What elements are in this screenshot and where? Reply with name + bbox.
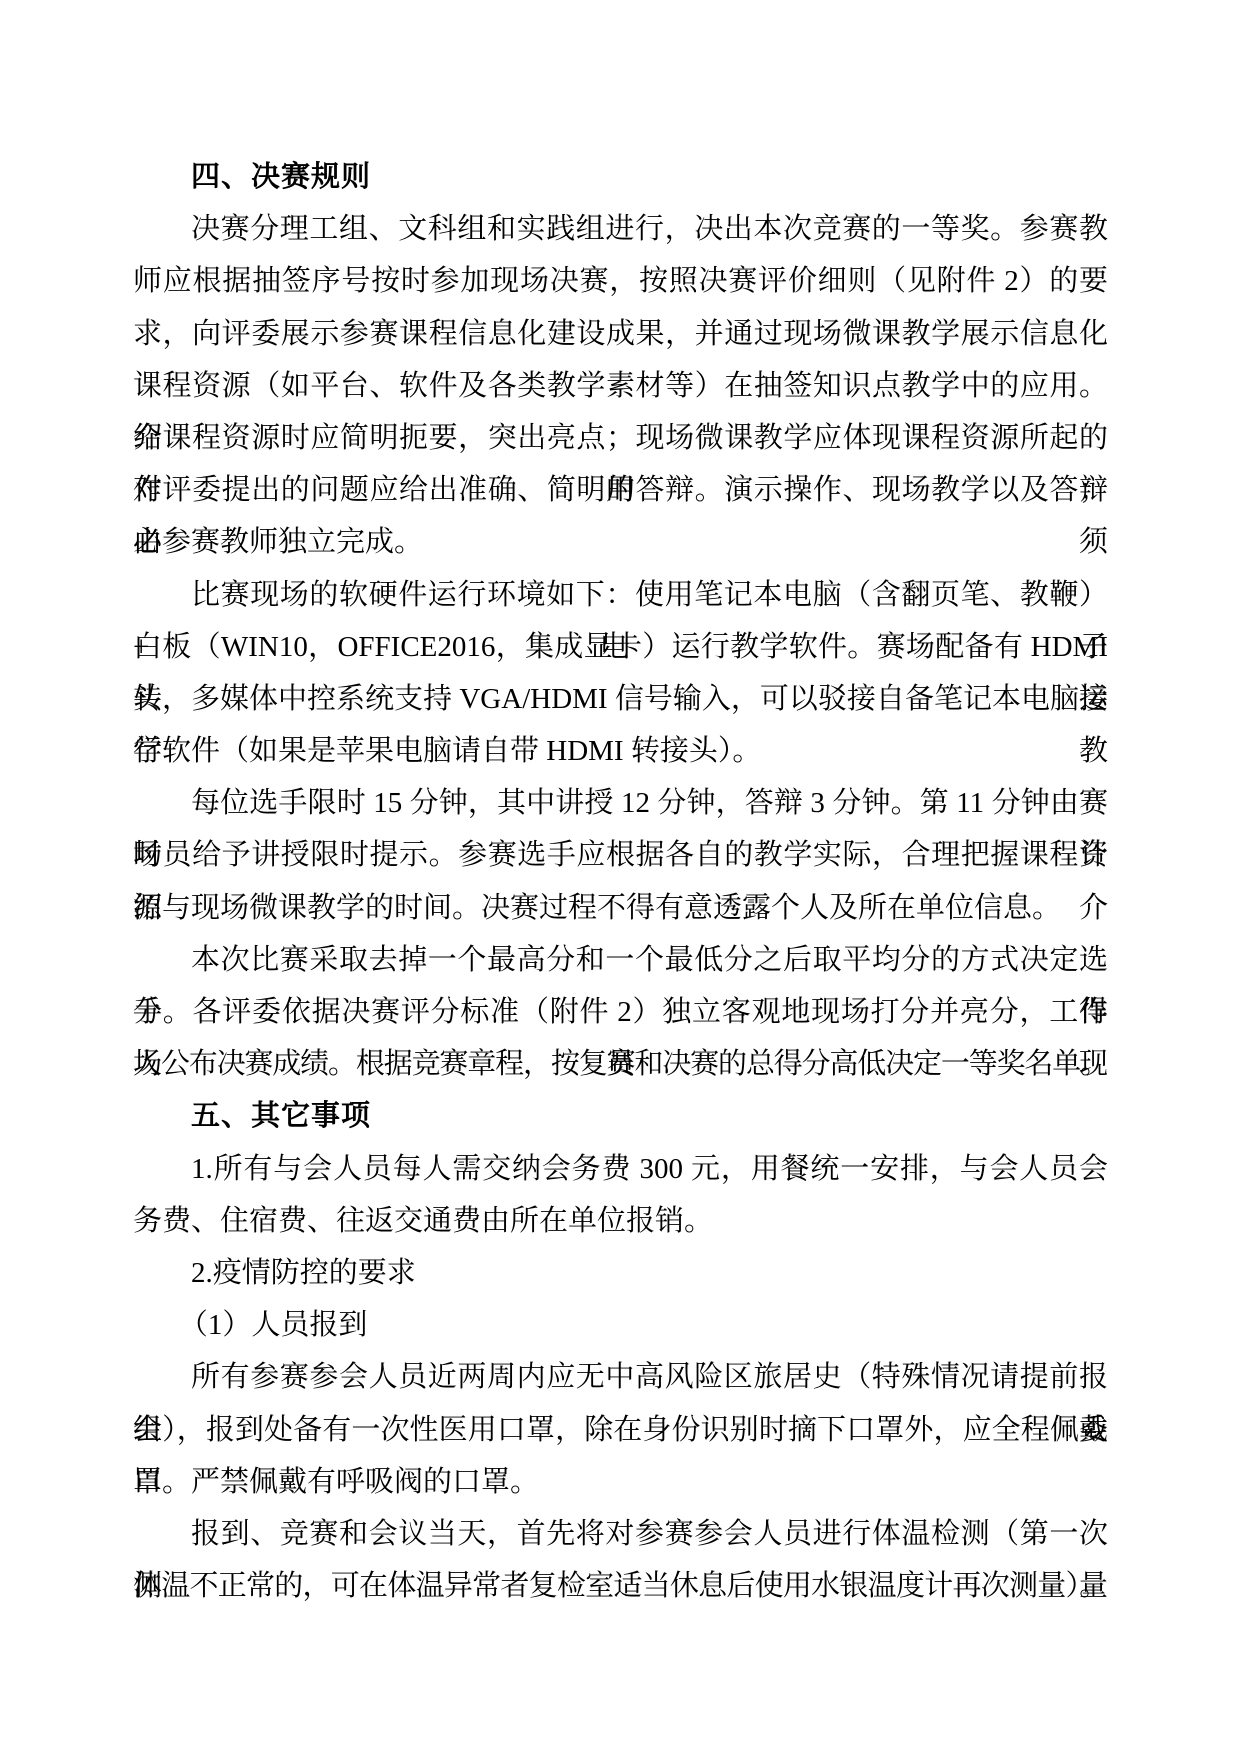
text-line: 分。各评委依据决赛评分标准（附件 2）独立客观地现场打分并亮分，工作人员现 bbox=[133, 986, 1108, 1038]
text-line: 绍课程资源时应简明扼要，突出亮点；现场微课教学应体现课程资源所起的作用； bbox=[133, 412, 1108, 464]
text-line: 会），报到处备有一次性医用口罩，除在身份识别时摘下口罩外，应全程佩戴口 bbox=[133, 1404, 1108, 1456]
document-body: 四、决赛规则 决赛分理工组、文科组和实践组进行，决出本次竞赛的一等奖。参赛教 师… bbox=[133, 151, 1108, 1612]
text-line: 师应根据抽签序号按时参加现场决赛，按照决赛评价细则（见附件 2）的要 bbox=[133, 255, 1108, 307]
text-line: （1）人员报到 bbox=[133, 1299, 1108, 1351]
text-line: 头，多媒体中控系统支持 VGA/HDMI 信号输入，可以驳接自备笔记本电脑运行教 bbox=[133, 673, 1108, 725]
text-line: 1.所有与会人员每人需交纳会务费 300 元，用餐统一安排，与会人员会 bbox=[133, 1143, 1108, 1195]
document-page: 四、决赛规则 决赛分理工组、文科组和实践组进行，决出本次竞赛的一等奖。参赛教 师… bbox=[0, 0, 1241, 1755]
text-line: 报到、竞赛和会议当天，首先将对参赛参会人员进行体温检测（第一次测量 bbox=[133, 1508, 1108, 1560]
text-line: 本次比赛采取去掉一个最高分和一个最低分之后取平均分的方式决定选手得 bbox=[133, 934, 1108, 986]
text-line: 场公布决赛成绩。根据竞赛章程，按复赛和决赛的总得分高低决定一等奖名单。 bbox=[133, 1038, 1108, 1090]
section-heading-4: 四、决赛规则 bbox=[133, 151, 1108, 203]
section-heading-5: 五、其它事项 bbox=[133, 1090, 1108, 1142]
text-line: 课程资源（如平台、软件及各类教学素材等）在抽签知识点教学中的应用。介 bbox=[133, 360, 1108, 412]
text-line: 比赛现场的软硬件运行环境如下：使用笔记本电脑（含翻页笔、教鞭）+电子 bbox=[133, 569, 1108, 621]
text-line: 务费、住宿费、往返交通费由所在单位报销。 bbox=[133, 1195, 1108, 1247]
text-line: 决赛分理工组、文科组和实践组进行，决出本次竞赛的一等奖。参赛教 bbox=[133, 203, 1108, 255]
text-line: 白板（WIN10，OFFICE2016，集成显卡）运行教学软件。赛场配备有 HD… bbox=[133, 621, 1108, 673]
text-line: 罩。严禁佩戴有呼吸阀的口罩。 bbox=[133, 1456, 1108, 1508]
text-line: 时员给予讲授限时提示。参赛选手应根据各自的教学实际，合理把握课程资源介 bbox=[133, 829, 1108, 881]
text-line: 所有参赛参会人员近两周内应无中高风险区旅居史（特殊情况请提前报组委 bbox=[133, 1351, 1108, 1403]
text-line: 绍与现场微课教学的时间。决赛过程不得有意透露个人及所在单位信息。 bbox=[133, 882, 1108, 934]
text-line: 2.疫情防控的要求 bbox=[133, 1247, 1108, 1299]
text-line: 求，向评委展示参赛课程信息化建设成果，并通过现场微课教学展示信息化 bbox=[133, 308, 1108, 360]
text-line: 对评委提出的问题应给出准确、简明的答辩。演示操作、现场教学以及答辩必须 bbox=[133, 464, 1108, 516]
text-line: 每位选手限时 15 分钟，其中讲授 12 分钟，答辩 3 分钟。第 11 分钟由… bbox=[133, 777, 1108, 829]
text-line: 体温不正常的，可在体温异常者复检室适当休息后使用水银温度计再次测量）。 bbox=[133, 1560, 1108, 1612]
